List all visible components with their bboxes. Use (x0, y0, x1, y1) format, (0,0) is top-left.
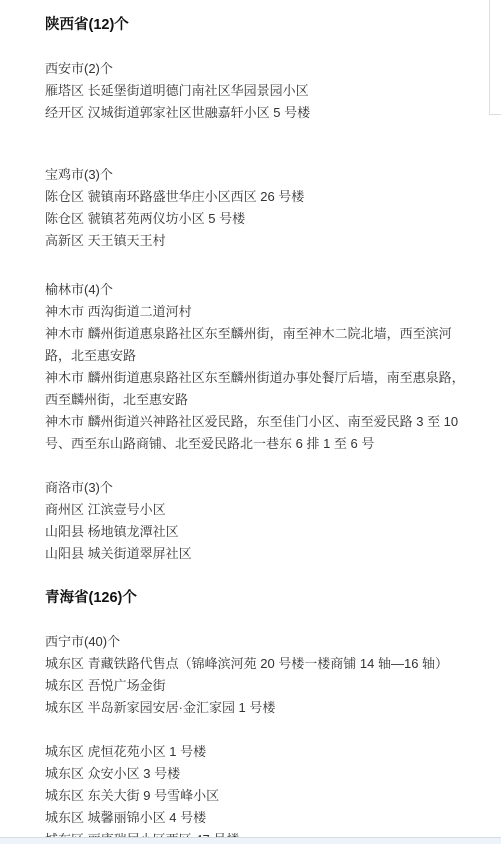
city-group-yulin: 榆林市(4)个 神木市 西沟街道二道河村 神木市 麟州街道惠泉路社区东至麟州街，… (45, 274, 471, 455)
risk-area-entry: 城东区 虎恒花苑小区 1 号楼 (45, 741, 471, 763)
city-header: 榆林市(4)个 (45, 279, 471, 301)
city-group-xian: 西安市(2)个 雁塔区 长延堡街道明德门南社区华园景园小区 经开区 汉城街道郭家… (45, 58, 471, 124)
risk-area-entry: 陈仓区 虢镇南环路盛世华庄小区西区 26 号楼 (45, 186, 471, 208)
risk-area-entry: 神木市 麟州街道兴神路社区爱民路，东至佳门小区、南至爱民路 3 至 10 号、西… (45, 411, 471, 455)
province-title-qinghai: 青海省(126)个 (45, 587, 471, 609)
city-group-xining: 西宁市(40)个 城东区 青藏铁路代售点（锦峰滨河苑 20 号楼一楼商铺 14 … (45, 631, 471, 719)
risk-area-entry: 城东区 城馨丽锦小区 4 号楼 (45, 807, 471, 829)
risk-area-entry: 城东区 半岛新家园安居·金汇家园 1 号楼 (45, 697, 471, 719)
city-header: 西安市(2)个 (45, 58, 471, 80)
risk-area-entry: 经开区 汉城街道郭家社区世融嘉轩小区 5 号楼 (45, 102, 471, 124)
risk-area-entry: 神木市 麟州街道惠泉路社区东至麟州街，南至神木二院北墙，西至滨河路，北至惠安路 (45, 323, 471, 367)
offscreen-frame-corner (489, 0, 501, 115)
city-header: 商洛市(3)个 (45, 477, 471, 499)
province-title-shaanxi: 陕西省(12)个 (45, 14, 471, 36)
document-page: 陕西省(12)个 西安市(2)个 雁塔区 长延堡街道明德门南社区华园景园小区 经… (0, 0, 501, 844)
city-group-shangluo: 商洛市(3)个 商州区 江滨壹号小区 山阳县 杨地镇龙潭社区 山阳县 城关街道翠… (45, 477, 471, 565)
city-header: 西宁市(40)个 (45, 631, 471, 653)
risk-area-entry: 城东区 东关大街 9 号雪峰小区 (45, 785, 471, 807)
risk-area-entry: 神木市 麟州街道惠泉路社区东至麟州街道办事处餐厅后墙，南至惠泉路，西至麟州街，北… (45, 367, 471, 411)
city-group-xining-continued: 城东区 虎恒花苑小区 1 号楼 城东区 众安小区 3 号楼 城东区 东关大街 9… (45, 741, 471, 844)
risk-area-entry: 陈仓区 虢镇茗苑两仪坊小区 5 号楼 (45, 208, 471, 230)
risk-area-entry: 神木市 西沟街道二道河村 (45, 301, 471, 323)
risk-area-entry: 山阳县 杨地镇龙潭社区 (45, 521, 471, 543)
risk-area-entry: 山阳县 城关街道翠屏社区 (45, 543, 471, 565)
risk-area-entry: 城东区 吾悦广场金街 (45, 675, 471, 697)
city-header: 宝鸡市(3)个 (45, 164, 471, 186)
risk-area-entry: 商州区 江滨壹号小区 (45, 499, 471, 521)
next-content-edge (0, 837, 501, 844)
risk-area-entry: 城东区 青藏铁路代售点（锦峰滨河苑 20 号楼一楼商铺 14 轴—16 轴） (45, 653, 471, 675)
risk-area-entry: 高新区 天王镇天王村 (45, 230, 471, 252)
risk-area-entry: 城东区 众安小区 3 号楼 (45, 763, 471, 785)
risk-area-entry: 雁塔区 长延堡街道明德门南社区华园景园小区 (45, 80, 471, 102)
city-group-baoji: 宝鸡市(3)个 陈仓区 虢镇南环路盛世华庄小区西区 26 号楼 陈仓区 虢镇茗苑… (45, 146, 471, 252)
